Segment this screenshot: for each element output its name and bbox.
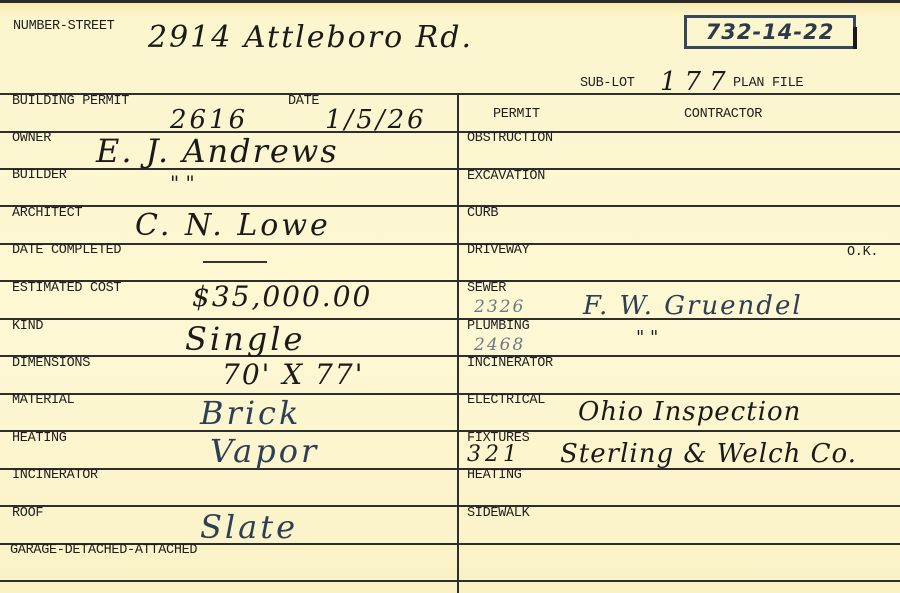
rule: [0, 505, 900, 507]
sewer-permit-number: 2326: [474, 299, 525, 316]
number-street-value: 2914 Attleboro Rd.: [148, 23, 473, 53]
builder-label: BUILDER: [12, 169, 67, 183]
plumbing-permit-number: 2468: [474, 337, 525, 354]
rule: [0, 355, 900, 357]
rule: [0, 580, 900, 582]
date-completed-label: DATE COMPLETED: [12, 244, 121, 258]
heating-permit-label: HEATING: [467, 469, 522, 483]
material-label: MATERIAL: [12, 394, 74, 408]
rule: [0, 393, 900, 395]
fixtures-contractor: Sterling & Welch Co.: [560, 441, 857, 467]
roof-label: ROOF: [12, 507, 43, 521]
heating-label: HEATING: [12, 432, 67, 446]
date-completed-dash: [203, 261, 267, 263]
dimensions-label: DIMENSIONS: [12, 357, 90, 371]
rule: [0, 205, 900, 207]
heating-value: Vapor: [210, 435, 319, 467]
number-street-label: NUMBER-STREET: [13, 20, 114, 34]
estimated-cost-value: $35,000.00: [192, 283, 372, 311]
material-value: Brick: [200, 397, 301, 429]
sewer-contractor: F. W. Gruendel: [583, 293, 803, 319]
permit-header: PERMIT: [493, 108, 540, 122]
builder-value: " ": [170, 173, 195, 193]
garage-label: GARAGE-DETACHED-ATTACHED: [10, 544, 197, 558]
owner-label: OWNER: [12, 132, 51, 146]
driveway-label: DRIVEWAY: [467, 244, 529, 258]
rule: [0, 243, 900, 245]
architect-value: C. N. Lowe: [135, 211, 331, 241]
obstruction-label: OBSTRUCTION: [467, 132, 553, 146]
sub-lot-label: SUB-LOT: [580, 77, 635, 91]
incinerator-label: INCINERATOR: [12, 469, 98, 483]
plan-file-label: PLAN FILE: [733, 77, 803, 91]
file-number-stamp: 732-14-22: [684, 15, 856, 49]
column-divider: [457, 93, 459, 593]
plumbing-label: PLUMBING: [467, 320, 529, 334]
electrical-label: ELECTRICAL: [467, 394, 545, 408]
sidewalk-label: SIDEWALK: [467, 507, 529, 521]
sub-lot-value: 177: [660, 69, 734, 95]
rule: [0, 430, 900, 432]
building-permit-label: BUILDING PERMIT: [12, 95, 129, 109]
date-label: DATE: [288, 95, 319, 109]
driveway-note: O.K.: [847, 246, 878, 260]
permit-card: NUMBER-STREET 2914 Attleboro Rd. 732-14-…: [0, 0, 900, 593]
fixtures-permit-number: 321: [467, 444, 521, 466]
kind-value: Single: [185, 323, 305, 355]
plumbing-contractor: " ": [636, 329, 658, 347]
building-permit-value: 2616: [170, 107, 248, 133]
contractor-header: CONTRACTOR: [684, 108, 762, 122]
roof-value: Slate: [200, 511, 298, 543]
dimensions-value: 70' X 77': [222, 361, 364, 389]
rule: [0, 280, 900, 282]
curb-label: CURB: [467, 207, 498, 221]
kind-label: KIND: [12, 320, 43, 334]
sewer-label: SEWER: [467, 282, 506, 296]
file-number: 732-14-22: [706, 20, 835, 44]
date-value: 1/5/26: [325, 107, 427, 133]
rule: [0, 93, 900, 95]
excavation-label: EXCAVATION: [467, 170, 545, 184]
incinerator-permit-label: INCINERATOR: [467, 357, 553, 371]
estimated-cost-label: ESTIMATED COST: [12, 282, 121, 296]
owner-value: E. J. Andrews: [96, 135, 339, 167]
architect-label: ARCHITECT: [12, 207, 82, 221]
electrical-contractor: Ohio Inspection: [578, 399, 801, 425]
stamp-mark: [853, 27, 857, 49]
